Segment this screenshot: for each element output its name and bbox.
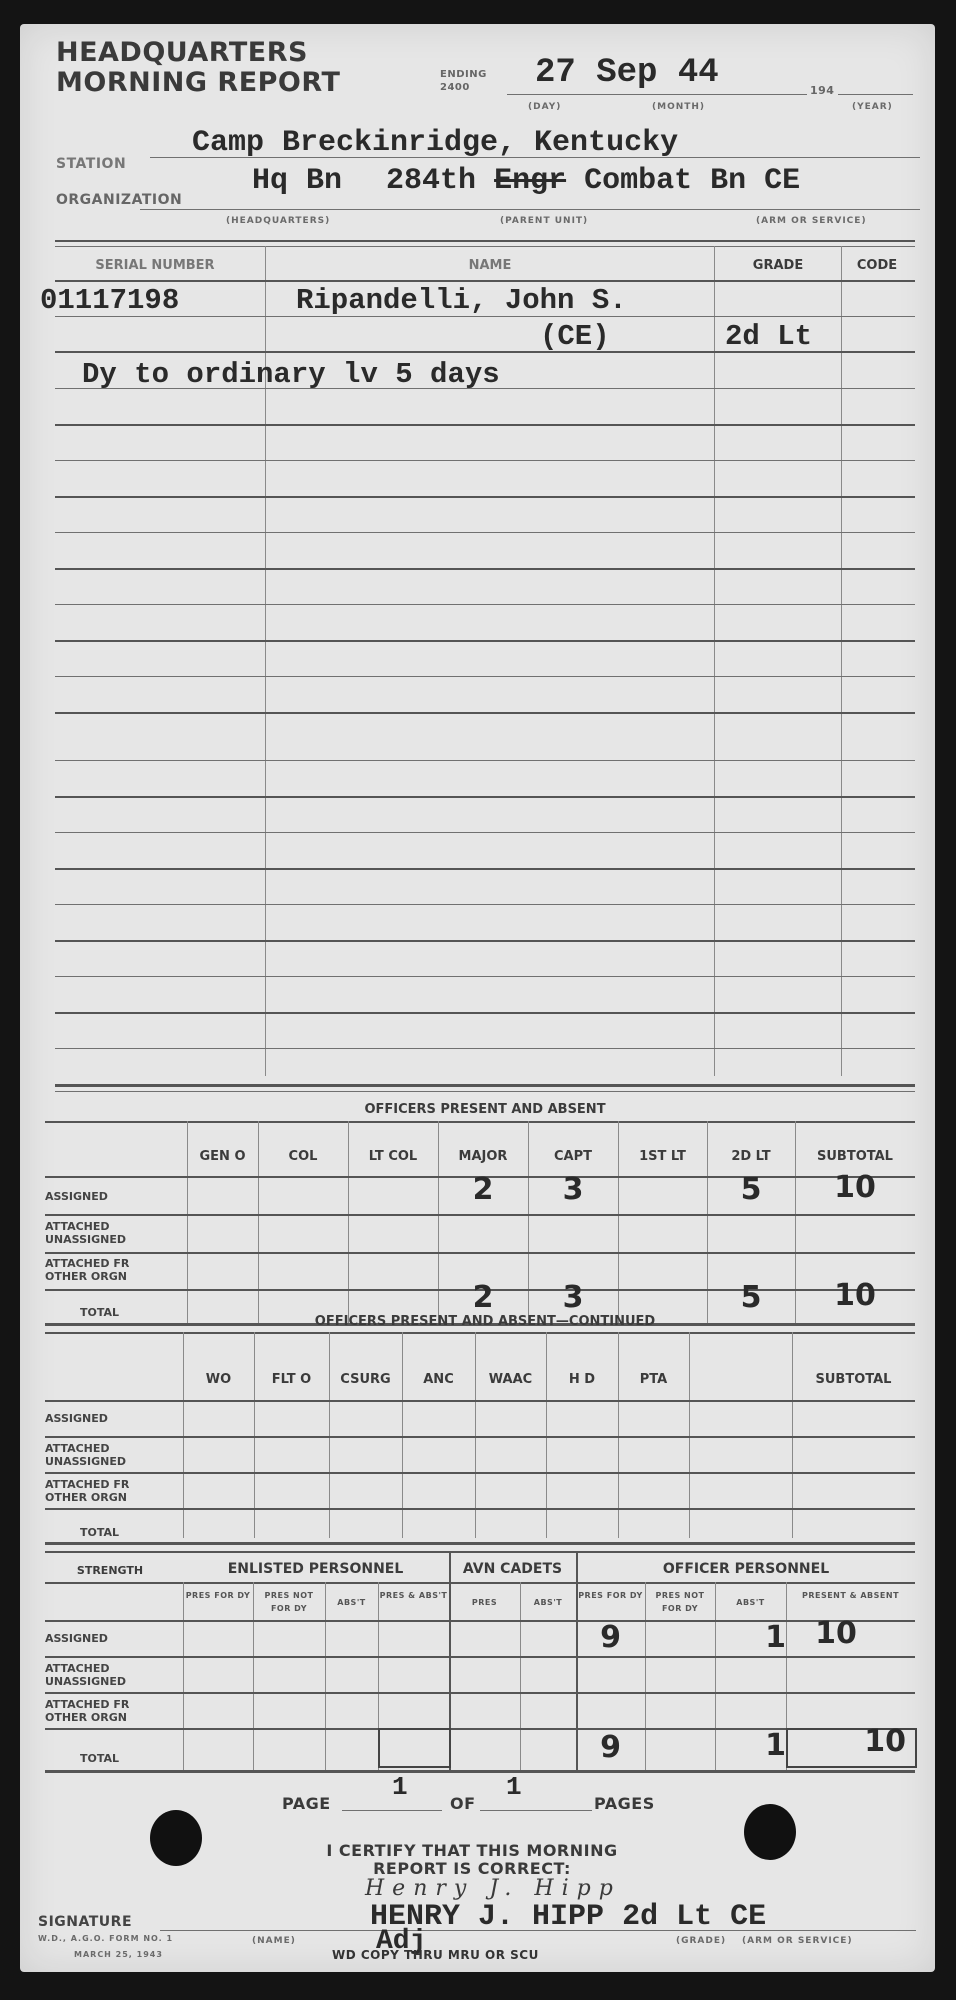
col-1st-lt: 1ST LT bbox=[618, 1149, 707, 1164]
group-avn-cadets: AVN CADETS bbox=[450, 1561, 575, 1577]
page-underline bbox=[342, 1810, 442, 1811]
group-officer-personnel: OFFICER PERSONNEL bbox=[577, 1561, 915, 1577]
assigned-major: 2 bbox=[438, 1172, 528, 1207]
entries-top-rule bbox=[55, 240, 915, 242]
certification-line-1: I CERTIFY THAT THIS MORNING bbox=[297, 1842, 647, 1860]
row-attached-other: ATTACHED FR OTHER ORGN bbox=[45, 1698, 165, 1724]
row-assigned: ASSIGNED bbox=[45, 1632, 108, 1645]
continued-rule bbox=[45, 1472, 915, 1474]
form-number: W.D., A.G.O. FORM NO. 1 bbox=[38, 1934, 173, 1943]
col-cadet-abst: ABS'T bbox=[520, 1596, 576, 1609]
caption-arm-service: (ARM OR SERVICE) bbox=[756, 216, 867, 226]
row-total: TOTAL bbox=[80, 1752, 119, 1765]
col-lt-col: LT COL bbox=[348, 1149, 438, 1164]
caption-headquarters: (HEADQUARTERS) bbox=[226, 216, 330, 226]
organization-value: Hq Bn 284th Engr Combat Bn CE bbox=[252, 164, 800, 198]
total-off-pres-for-dy: 9 bbox=[576, 1730, 645, 1765]
col-flt-o: FLT O bbox=[254, 1372, 329, 1387]
rule bbox=[55, 760, 915, 761]
col-subtotal-continued: SUBTOTAL bbox=[792, 1372, 915, 1387]
typed-signatory: HENRY J. HIPP 2d Lt CE bbox=[370, 1900, 766, 1934]
title-line-2: MORNING REPORT bbox=[56, 68, 340, 98]
morning-report-form: HEADQUARTERS MORNING REPORT ENDING 2400 … bbox=[20, 24, 935, 1972]
rule bbox=[55, 351, 915, 353]
assigned-capt: 3 bbox=[528, 1172, 618, 1207]
col-waac: WAAC bbox=[475, 1372, 546, 1387]
col-anc: ANC bbox=[402, 1372, 475, 1387]
rule bbox=[55, 640, 915, 642]
continued-rule bbox=[45, 1332, 915, 1334]
rule bbox=[55, 1012, 915, 1014]
total-capt: 3 bbox=[528, 1280, 618, 1315]
continued-rule bbox=[45, 1400, 915, 1402]
strength-header: STRENGTH bbox=[45, 1564, 175, 1577]
total-off-present-absent: 10 bbox=[786, 1724, 906, 1759]
rule bbox=[55, 280, 915, 282]
group-enlisted: ENLISTED PERSONNEL bbox=[183, 1561, 448, 1577]
caption-grade: (GRADE) bbox=[676, 1936, 726, 1946]
col-major: MAJOR bbox=[438, 1149, 528, 1164]
rule bbox=[55, 1091, 915, 1092]
divider bbox=[520, 1582, 521, 1772]
entries-top-rule-2 bbox=[55, 246, 915, 247]
enlisted-total-box bbox=[378, 1728, 451, 1768]
assigned-off-pres-for-dy: 9 bbox=[576, 1620, 645, 1655]
divider bbox=[325, 1582, 326, 1772]
entry-name: Ripandelli, John S. bbox=[296, 284, 627, 317]
col-col: COL bbox=[258, 1149, 348, 1164]
strength-rule bbox=[45, 1692, 915, 1694]
rule bbox=[55, 832, 915, 833]
row-total: TOTAL bbox=[80, 1526, 119, 1539]
col-wo: WO bbox=[183, 1372, 254, 1387]
strength-rule bbox=[45, 1770, 915, 1773]
punch-hole-right bbox=[744, 1804, 796, 1860]
handwritten-signature: Henry J. Hipp bbox=[365, 1876, 621, 1901]
col-grade: GRADE bbox=[715, 258, 841, 273]
org-parent-struck: Engr bbox=[494, 164, 566, 198]
officers-rule bbox=[45, 1121, 915, 1123]
report-date: 27 Sep 44 bbox=[535, 54, 719, 92]
page-value: 1 bbox=[392, 1772, 408, 1802]
col-cadet-pres: PRES bbox=[449, 1596, 520, 1609]
continued-rule bbox=[45, 1508, 915, 1510]
officers-continued-title: OFFICERS PRESENT AND ABSENT—CONTINUED bbox=[55, 1314, 915, 1329]
org-parent-prefix: 284th bbox=[386, 164, 476, 198]
entry-remark: Dy to ordinary lv 5 days bbox=[82, 358, 500, 391]
caption-parent-unit: (PARENT UNIT) bbox=[500, 216, 588, 226]
divider-name bbox=[714, 246, 715, 1076]
entry-name-suffix: (CE) bbox=[540, 320, 610, 353]
page-label: PAGE bbox=[282, 1794, 331, 1813]
col-capt: CAPT bbox=[528, 1149, 618, 1164]
rule bbox=[55, 424, 915, 426]
signature-label: SIGNATURE bbox=[38, 1914, 132, 1930]
assigned-subtotal: 10 bbox=[795, 1170, 915, 1205]
form-title: HEADQUARTERS MORNING REPORT bbox=[56, 38, 340, 98]
day-caption: (DAY) bbox=[528, 102, 561, 112]
col-enl-pres-abst: PRES & ABS'T bbox=[378, 1589, 449, 1602]
continued-rule bbox=[45, 1542, 915, 1545]
form-date: MARCH 25, 1943 bbox=[74, 1950, 163, 1959]
total-off-abst: 1 bbox=[715, 1728, 786, 1763]
rule bbox=[55, 604, 915, 605]
col-off-pres-for-dy: PRES FOR DY bbox=[576, 1589, 645, 1602]
organization-label: ORGANIZATION bbox=[56, 192, 182, 208]
year-prefix: 194 bbox=[810, 84, 834, 97]
caption-name: (NAME) bbox=[252, 1936, 296, 1946]
rule bbox=[55, 904, 915, 905]
rule bbox=[55, 712, 915, 714]
total-subtotal: 10 bbox=[795, 1278, 915, 1313]
station-value: Camp Breckinridge, Kentucky bbox=[192, 126, 678, 160]
rule bbox=[55, 532, 915, 533]
rule bbox=[55, 568, 915, 570]
assigned-off-abst: 1 bbox=[715, 1620, 786, 1655]
col-off-present-absent: PRESENT & ABSENT bbox=[786, 1589, 915, 1602]
col-subtotal: SUBTOTAL bbox=[795, 1149, 915, 1164]
row-assigned: ASSIGNED bbox=[45, 1412, 108, 1425]
typed-arm: CE bbox=[730, 1900, 766, 1934]
station-underline bbox=[150, 157, 920, 158]
strength-rule bbox=[45, 1582, 915, 1584]
pages-label: PAGES bbox=[594, 1794, 655, 1813]
of-label: OF bbox=[450, 1794, 476, 1813]
row-attached-unassigned: ATTACHED UNASSIGNED bbox=[45, 1442, 165, 1468]
of-underline bbox=[480, 1810, 592, 1811]
divider bbox=[183, 1582, 184, 1772]
assigned-off-present-absent: 10 bbox=[786, 1616, 886, 1651]
officers-table-title: OFFICERS PRESENT AND ABSENT bbox=[55, 1102, 915, 1117]
date-underline bbox=[507, 94, 807, 95]
row-attached-other: ATTACHED FR OTHER ORGN bbox=[45, 1478, 165, 1504]
col-serial-number: SERIAL NUMBER bbox=[55, 258, 255, 273]
col-off-abst: ABS'T bbox=[715, 1596, 786, 1609]
rule bbox=[55, 940, 915, 942]
row-attached-unassigned: ATTACHED UNASSIGNED bbox=[45, 1662, 165, 1688]
divider-grade bbox=[841, 246, 842, 1076]
continued-rule bbox=[45, 1436, 915, 1438]
total-pages-value: 1 bbox=[506, 1772, 522, 1802]
ending-time: 2400 bbox=[440, 81, 487, 94]
strength-rule bbox=[45, 1551, 915, 1553]
caption-arm: (ARM OR SERVICE) bbox=[742, 1936, 853, 1946]
ending-label: ENDING 2400 bbox=[440, 68, 487, 94]
row-attached-other: ATTACHED FR OTHER ORGN bbox=[45, 1257, 165, 1283]
org-headquarters: Hq Bn bbox=[252, 164, 342, 198]
total-major: 2 bbox=[438, 1280, 528, 1315]
col-pta: PTA bbox=[618, 1372, 689, 1387]
row-attached-unassigned: ATTACHED UNASSIGNED bbox=[45, 1220, 165, 1246]
rule bbox=[55, 388, 915, 389]
copy-note: WD COPY THRU MRU OR SCU bbox=[332, 1948, 539, 1962]
col-enl-abst: ABS'T bbox=[325, 1596, 378, 1609]
col-code: CODE bbox=[842, 258, 912, 273]
rule bbox=[55, 496, 915, 498]
title-line-1: HEADQUARTERS bbox=[56, 38, 340, 68]
year-caption: (YEAR) bbox=[852, 102, 893, 112]
rule bbox=[55, 1084, 915, 1087]
rule bbox=[55, 868, 915, 870]
signature-underline bbox=[160, 1930, 916, 1931]
col-csurg: CSURG bbox=[329, 1372, 402, 1387]
month-caption: (MONTH) bbox=[652, 102, 705, 112]
certification-text: I CERTIFY THAT THIS MORNING REPORT IS CO… bbox=[297, 1842, 647, 1878]
col-gen-o: GEN O bbox=[187, 1149, 258, 1164]
year-underline bbox=[838, 94, 913, 95]
rule bbox=[55, 460, 915, 461]
rule bbox=[55, 1048, 915, 1049]
total-2d-lt: 5 bbox=[707, 1280, 795, 1315]
typed-grade: 2d Lt bbox=[622, 1900, 712, 1934]
organization-underline bbox=[140, 209, 920, 210]
officers-rule bbox=[45, 1252, 915, 1254]
col-off-pres-not-for-dy: PRES NOT FOR DY bbox=[645, 1589, 715, 1615]
col-name: NAME bbox=[265, 258, 715, 273]
strength-rule bbox=[45, 1656, 915, 1658]
rule bbox=[55, 976, 915, 977]
col-enl-pres-for-dy: PRES FOR DY bbox=[183, 1589, 253, 1602]
punch-hole-left bbox=[150, 1810, 202, 1866]
col-hd: H D bbox=[546, 1372, 618, 1387]
station-label: STATION bbox=[56, 156, 126, 172]
officers-rule bbox=[45, 1214, 915, 1216]
entry-grade: 2d Lt bbox=[725, 320, 812, 353]
rule bbox=[55, 676, 915, 677]
col-2d-lt: 2D LT bbox=[707, 1149, 795, 1164]
entry-serial-number: 01117198 bbox=[40, 284, 179, 317]
assigned-2d-lt: 5 bbox=[707, 1172, 795, 1207]
rule bbox=[55, 796, 915, 798]
col-enl-pres-not-for-dy: PRES NOT FOR DY bbox=[253, 1589, 325, 1615]
rule bbox=[55, 316, 915, 317]
row-assigned: ASSIGNED bbox=[45, 1190, 108, 1203]
ending-word: ENDING bbox=[440, 68, 487, 81]
org-arm: CE bbox=[764, 164, 800, 198]
org-parent-suffix: Combat Bn bbox=[584, 164, 746, 198]
